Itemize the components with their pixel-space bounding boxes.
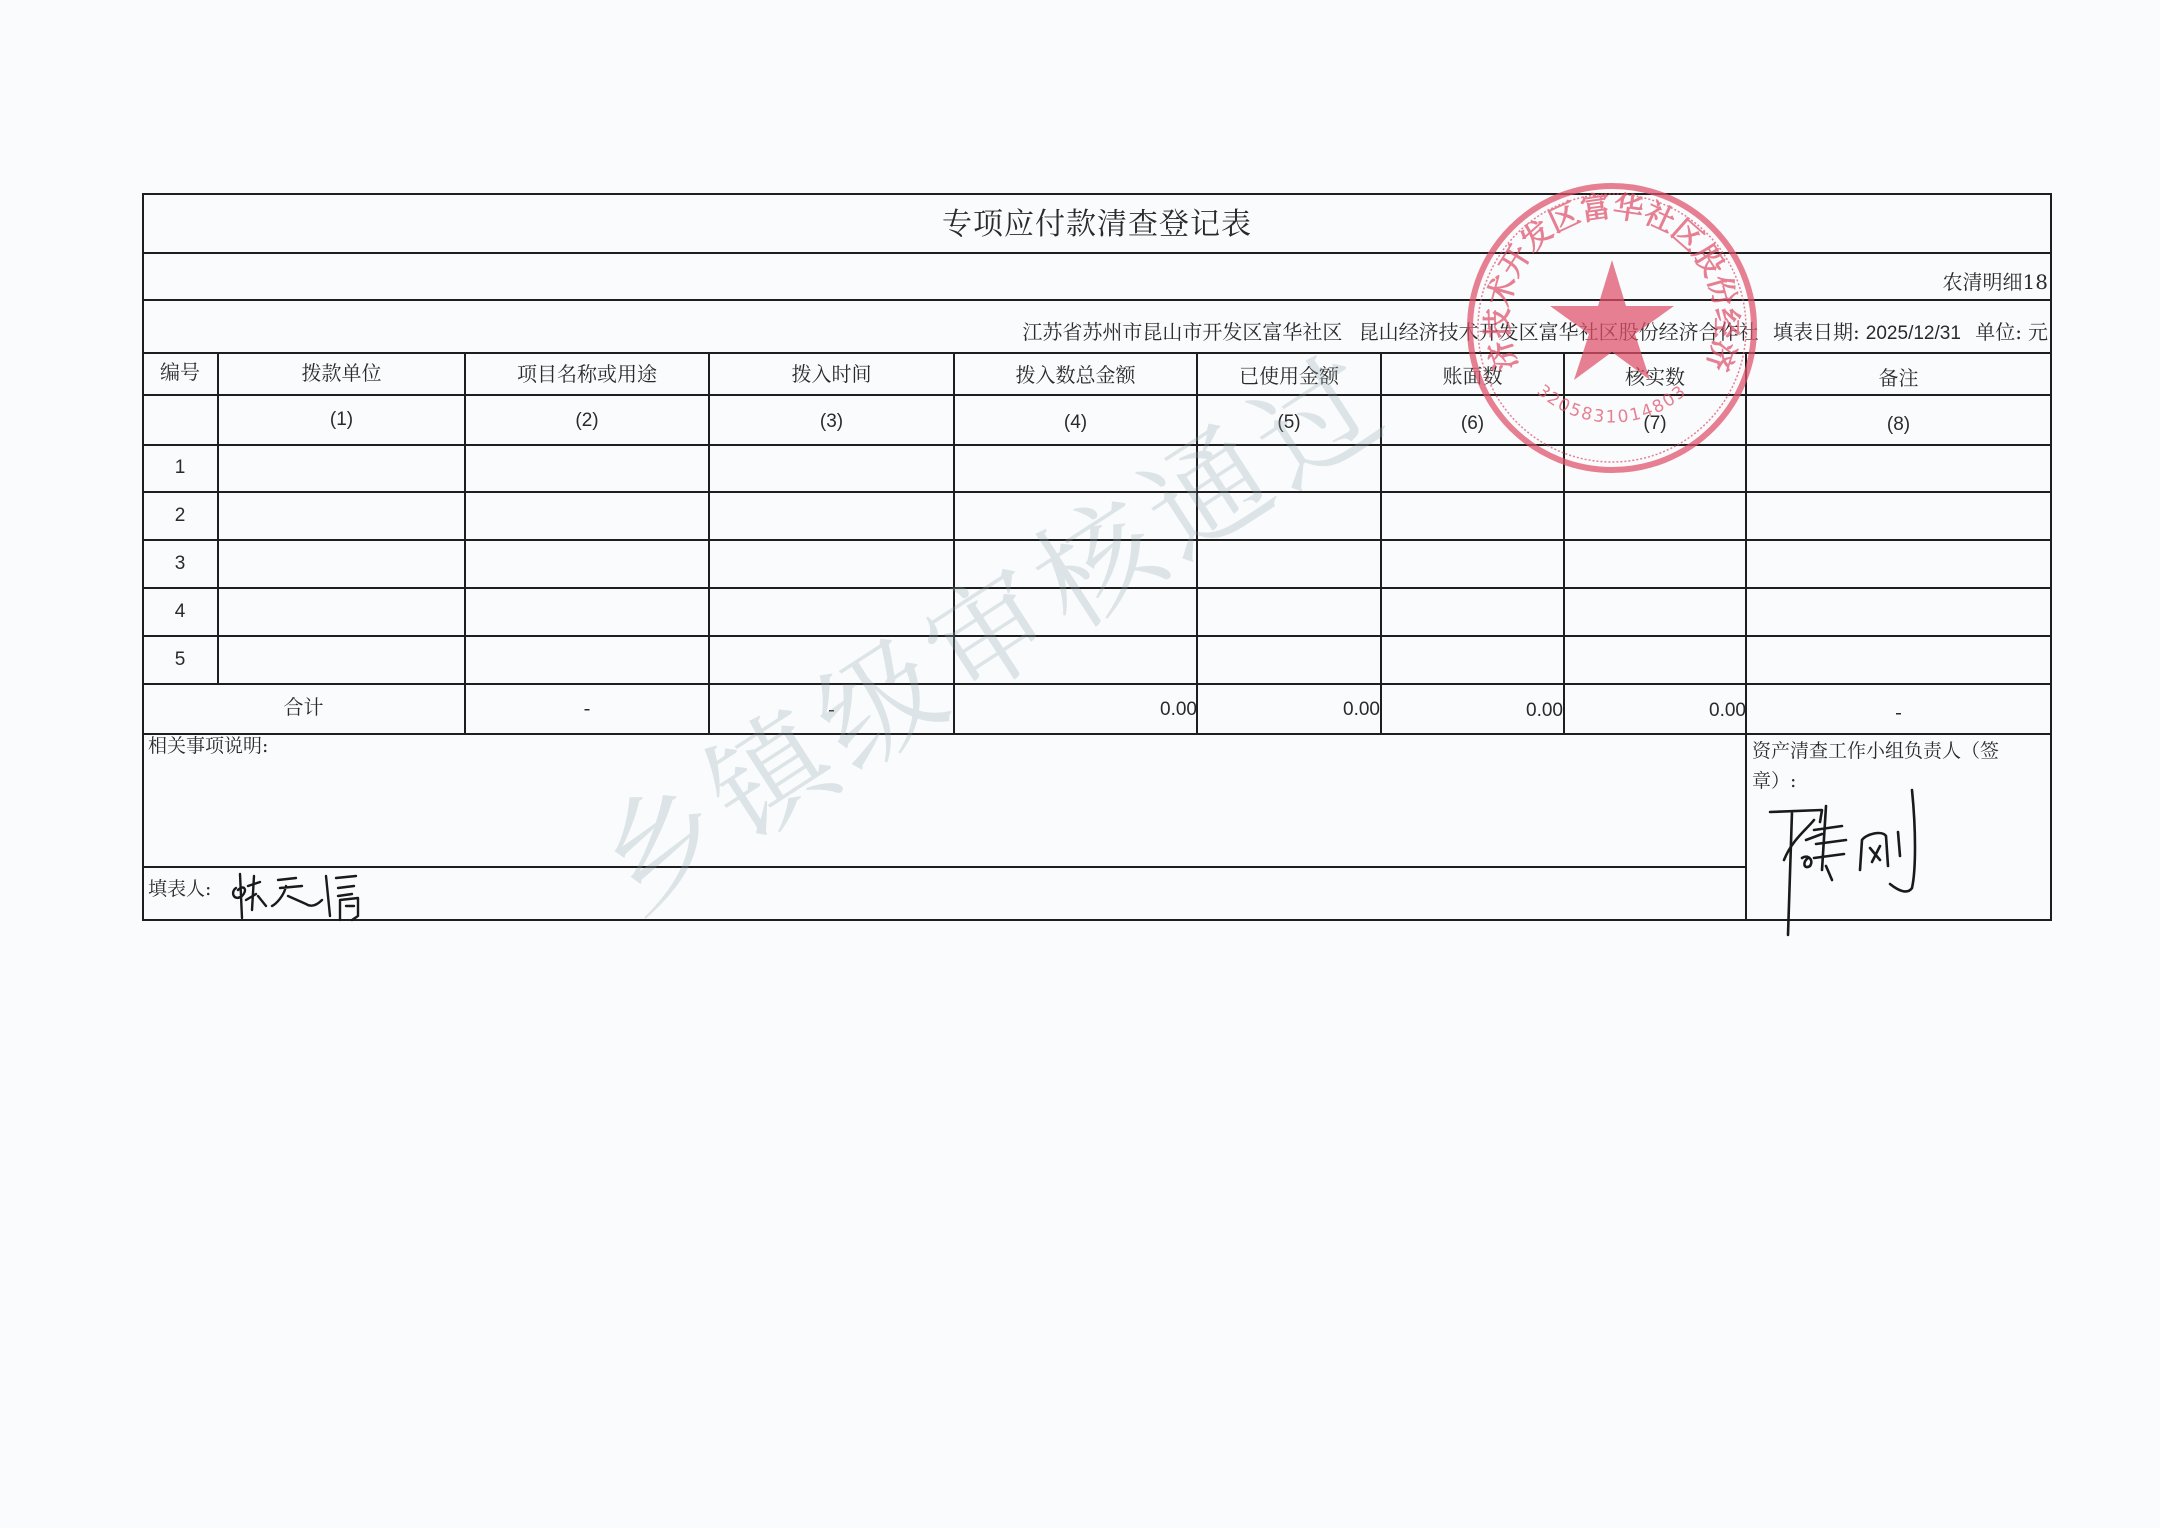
notes-text[interactable]: [148, 770, 1738, 860]
organization-text: 昆山经济技术开发区富华社区股份经济合作社: [1359, 320, 1759, 344]
index-row-divider: [142, 444, 2052, 446]
total-book-value: 0.00: [1526, 701, 1563, 720]
row4-divider: [142, 635, 2052, 637]
row-no-5: 5: [142, 650, 218, 669]
unit-label: 单位:: [1975, 320, 2022, 344]
row3-divider: [142, 587, 2052, 589]
table-border-top: [142, 193, 2052, 195]
index-8: (8): [1746, 415, 2051, 434]
unit-value: 元: [2028, 320, 2048, 344]
info-row-divider: [142, 352, 2052, 354]
code-row-divider: [142, 299, 2052, 301]
preparer-signature: [226, 866, 376, 926]
header-book-value: 账面数: [1381, 366, 1564, 386]
index-2: (2): [465, 411, 709, 430]
total-time: -: [709, 699, 954, 719]
notes-label: 相关事项说明:: [148, 737, 268, 756]
total-row-divider: [142, 733, 2052, 735]
table-border-bottom: [142, 919, 2052, 921]
leader-label-line1: 资产清查工作小组负责人（签: [1752, 742, 1999, 761]
index-7: (7): [1564, 414, 1746, 433]
row5-divider: [142, 683, 2052, 685]
header-funding-unit: 拨款单位: [218, 363, 465, 383]
preparer-label: 填表人:: [148, 880, 211, 899]
col-divider-3: [953, 352, 955, 735]
header-used-amount: 已使用金额: [1197, 366, 1381, 386]
index-1: (1): [218, 410, 465, 429]
col-divider-4: [1196, 352, 1198, 735]
header-time: 拨入时间: [709, 364, 954, 384]
col-divider-2: [708, 352, 710, 735]
col-divider-5: [1380, 352, 1382, 735]
total-project: -: [465, 698, 709, 718]
total-amount: 0.00: [1160, 700, 1197, 719]
total-remarks: -: [1746, 702, 2051, 722]
row-no-4: 4: [142, 602, 218, 621]
fill-date-label: 填表日期:: [1773, 320, 1860, 344]
svg-text:昆山经济技术开发区富华社区股份经济合作社: 昆山经济技术开发区富华社区股份经济合作社: [1462, 178, 1743, 375]
leader-signature: [1762, 770, 1962, 940]
row2-divider: [142, 539, 2052, 541]
col-divider-6: [1563, 352, 1565, 735]
total-used-amount: 0.00: [1343, 700, 1380, 719]
row-no-3: 3: [142, 554, 218, 573]
fill-date-value: 2025/12/31: [1866, 323, 1961, 344]
col-divider-7: [1745, 352, 1747, 921]
header-project: 项目名称或用途: [465, 364, 709, 384]
header-no: 编号: [142, 362, 218, 382]
leader-label-line2: 章）:: [1752, 772, 1796, 791]
index-3: (3): [709, 412, 954, 431]
table-border-right: [2050, 193, 2052, 921]
header-verified-value: 核实数: [1564, 367, 1746, 387]
index-6: (6): [1381, 414, 1564, 433]
total-verified-value: 0.00: [1709, 701, 1746, 720]
page-title: 专项应付款清查登记表: [142, 210, 2052, 240]
row1-divider: [142, 491, 2052, 493]
index-4: (4): [954, 413, 1197, 432]
header-row-divider: [142, 394, 2052, 396]
index-5: (5): [1197, 413, 1381, 432]
notes-divider: [142, 866, 1746, 868]
header-remarks: 备注: [1746, 368, 2051, 388]
info-line: 江苏省苏州市昆山市开发区富华社区 昆山经济技术开发区富华社区股份经济合作社 填表…: [1022, 322, 2048, 343]
title-row-divider: [142, 252, 2052, 254]
row-no-1: 1: [142, 458, 218, 477]
form-page: 专项应付款清查登记表 农清明细18 江苏省苏州市昆山市开发区富华社区 昆山经济技…: [0, 0, 2160, 1528]
header-total-amount: 拨入数总金额: [954, 365, 1197, 385]
location-text: 江苏省苏州市昆山市开发区富华社区: [1022, 320, 1342, 344]
row-no-2: 2: [142, 506, 218, 525]
form-code: 农清明细18: [1943, 272, 2048, 292]
total-label: 合计: [142, 697, 465, 717]
seal-text: 昆山经济技术开发区富华社区股份经济合作社: [1462, 178, 1743, 375]
